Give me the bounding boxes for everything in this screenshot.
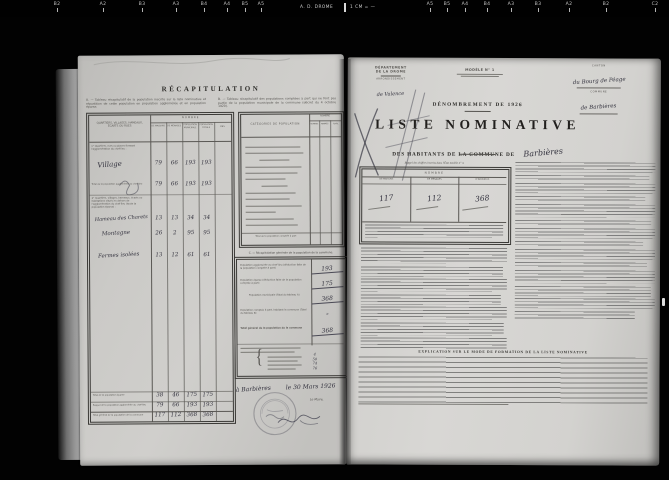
film-speck xyxy=(662,298,665,306)
value: 2 xyxy=(167,230,183,237)
value: 79 xyxy=(152,402,168,409)
brace-glyph: { xyxy=(256,347,263,370)
value: 368 xyxy=(200,412,216,419)
value: 193 xyxy=(200,402,216,409)
value: 79 xyxy=(150,160,166,167)
ruler-label: B2 xyxy=(49,2,65,12)
table-b-header: CATÉGORIES DE POPULATION xyxy=(245,122,305,125)
value: 193 xyxy=(182,181,198,188)
table-b-categories: CATÉGORIES DE POPULATION NOMBRE HOMMES F… xyxy=(240,113,343,246)
ruler-label: A5 xyxy=(422,2,438,12)
recapitulation-title: RÉCAPITULATION xyxy=(78,84,344,94)
recap-value: 193 xyxy=(311,264,344,274)
table-a-header-left: QUARTIERS, VILLAGES, HAMEAUX, ÉCARTS OU … xyxy=(92,121,147,128)
rule xyxy=(580,113,618,114)
modele-block: MODÈLE N° 1 xyxy=(448,68,512,78)
value: 61 xyxy=(199,252,215,259)
ruler-label: B3 xyxy=(134,2,150,12)
rule xyxy=(577,87,621,88)
nombre-box: NOMBRE DE MAISONS DE MÉNAGES D'INDIVIDUS… xyxy=(361,168,509,243)
annex-value: 76 xyxy=(313,366,318,370)
modele-note-line xyxy=(457,74,503,75)
section-2-label: 2° Quartiers, villages, hameaux, écarts … xyxy=(92,197,148,209)
rule xyxy=(459,154,495,155)
subtitle-row: DES HABITANTS DE LA COMMUNE DE Barbières xyxy=(351,140,603,160)
nombre-value-individus: 368 xyxy=(458,192,507,206)
table-a-localities: QUARTIERS, VILLAGES, HAMEAUX, ÉCARTS OU … xyxy=(88,114,234,423)
nombre-group-header: NOMBRE xyxy=(362,171,506,175)
ruler-label: B4 xyxy=(479,2,495,12)
table-a-subheader: DE MÉNAGES xyxy=(166,125,182,128)
table-a-subheader: POPULATION MUNICIPALE xyxy=(182,124,198,129)
value: 34 xyxy=(199,215,215,222)
table-a-subheader: OBS. xyxy=(214,126,231,129)
arrondissement-label: ARRONDISSEMENT xyxy=(354,77,428,80)
value: 46 xyxy=(168,392,184,399)
signer-label: Le Maire, xyxy=(310,397,324,401)
table-a-group-header: NOMBRE xyxy=(150,116,231,119)
note-a: A. — Tableau récapitulatif de la populat… xyxy=(86,98,206,110)
explication-last-line xyxy=(358,403,508,405)
note-b: B. — Tableau récapitulatif des populatio… xyxy=(218,97,336,109)
ruler-label: A3 xyxy=(503,2,519,12)
left-column-fine-print xyxy=(361,247,507,350)
table-row-montagne: Montagne 26 2 95 95 xyxy=(90,230,232,241)
section-1-label: 1° Quartiers, rues ou places formant l'a… xyxy=(91,145,147,151)
nombre-subheader: DE MAISONS xyxy=(362,178,410,181)
explication-title: EXPLICATION SUR LE MODE DE FORMATION DE … xyxy=(347,349,660,354)
table-b-subheader: FEMMES xyxy=(319,123,330,126)
explication-paragraph-lines xyxy=(358,356,647,403)
ruler-label: B5 xyxy=(237,2,253,12)
value: 66 xyxy=(168,402,184,409)
value: 368 xyxy=(184,412,200,419)
table-row-total-agglo: Total de la population agglomérée au che… xyxy=(90,181,232,192)
denombrement-title: DÉNOMBREMENT DE 1926 xyxy=(352,101,604,108)
section-c-title: C. — Récapitulation générale de la popul… xyxy=(237,251,345,255)
rule xyxy=(465,110,491,111)
table-a-subheader: POPULATION TOTALE xyxy=(198,124,214,129)
value: 13 xyxy=(151,252,167,259)
ruler-label: B2 xyxy=(598,2,614,12)
value: 95 xyxy=(183,230,199,237)
pen-hash-mark xyxy=(381,85,433,181)
mayor-signature xyxy=(276,414,326,430)
locality-name: Hameau des Charets xyxy=(95,214,148,223)
recap-row-label: Total général de la population de la com… xyxy=(240,327,308,330)
value: 112 xyxy=(168,412,184,419)
ruler-label: A2 xyxy=(95,2,111,12)
table-b-subheader: TOTAL xyxy=(330,123,341,126)
value: 13 xyxy=(151,215,167,222)
canton-label: CANTON xyxy=(556,64,642,67)
archive-name-label: A. D. DROME xyxy=(300,5,333,10)
locality-name: Village xyxy=(97,160,122,170)
box-footnote-lines xyxy=(365,224,503,238)
value: 34 xyxy=(183,215,199,222)
value: 117 xyxy=(152,412,168,419)
right-page: DÉPARTEMENT DE LA DROME ARRONDISSEMENT d… xyxy=(346,57,661,465)
ruler-label: A4 xyxy=(457,2,473,12)
locality-name: Montagne xyxy=(102,230,131,238)
value: 66 xyxy=(166,160,182,167)
modele-label: MODÈLE N° 1 xyxy=(448,68,512,72)
table-b-subheader: HOMMES xyxy=(309,123,319,126)
table-b-total-label: Total de la population comptée à part xyxy=(244,235,308,238)
ruler-label: B5 xyxy=(439,2,455,12)
left-page: RÉCAPITULATION A. — Tableau récapitulati… xyxy=(78,54,346,466)
value: 12 xyxy=(167,252,183,259)
recap-value: 175 xyxy=(311,279,344,289)
ruler-tick-bar xyxy=(344,3,346,12)
nombre-subheader: DE MÉNAGES xyxy=(410,179,458,182)
value: 26 xyxy=(151,230,167,237)
ruler-label: A3 xyxy=(168,2,184,12)
ruler-label: B4 xyxy=(196,2,212,12)
value: 79 xyxy=(150,181,166,188)
recap-value: 368 xyxy=(311,326,344,336)
value: 95 xyxy=(199,230,215,237)
recap-row-label: Population comptée à part, habitant la c… xyxy=(240,309,308,315)
nombre-subheader: D'INDIVIDUS xyxy=(458,179,506,182)
row-label: Total général de la population de la com… xyxy=(93,414,149,417)
nombre-value-menages: 112 xyxy=(410,191,459,205)
ruler-label: A2 xyxy=(561,2,577,12)
annex-value: 50 xyxy=(313,357,318,361)
microfilm-scan: B2 A2 B3 A3 B4 A4 B5 A5 A. D. DROME 1 CM… xyxy=(0,0,669,480)
value: 13 xyxy=(167,215,183,222)
rule xyxy=(381,75,401,76)
value: 38 xyxy=(152,392,168,399)
row-label: Total de la population éparse xyxy=(93,394,149,397)
ruler-label: A5 xyxy=(253,2,269,12)
table-row-total-general: Total général de la population de la com… xyxy=(91,412,233,423)
recap-value: 368 xyxy=(311,294,344,304)
value: 61 xyxy=(183,252,199,259)
nombre-value-maisons: 117 xyxy=(362,191,411,205)
ruler-label: C2 xyxy=(647,2,663,12)
value: 175 xyxy=(200,392,216,399)
annex-value: 4 xyxy=(314,352,316,356)
film-ruler-strip: B2 A2 B3 A3 B4 A4 B5 A5 A. D. DROME 1 CM… xyxy=(0,0,669,17)
subtitle-text: DES HABITANTS DE LA COMMUNE DE xyxy=(392,152,515,159)
commune-label: COMMUNE xyxy=(556,90,642,93)
canton-handwritten: du Bourg de Péage xyxy=(572,77,625,86)
value: 193 xyxy=(182,160,198,167)
row-label: Rappel de la population agglomérée au ch… xyxy=(93,404,149,407)
commune-name-handwritten: Barbières xyxy=(523,147,563,159)
recap-row-label: Population municipale (Total du tableau … xyxy=(243,294,305,297)
recap-value: » xyxy=(311,312,343,317)
value: 193 xyxy=(198,181,214,188)
annex-value: 74 xyxy=(313,361,318,365)
heading-block: DÉNOMBREMENT DE 1926 LISTE NOMINATIVE DE… xyxy=(352,57,604,58)
rappel-note: Rappel des chiffres inscrits dans l'État… xyxy=(361,160,507,165)
recap-row-label: Population agglomérée au chef-lieu (dédu… xyxy=(240,264,308,270)
row-label: Total de la population agglomérée au che… xyxy=(92,183,148,186)
table-row-hameau: Hameau des Charets 13 13 34 34 xyxy=(90,215,232,226)
liste-nominative-title: LISTE NOMINATIVE xyxy=(352,116,604,133)
ruler-label: A4 xyxy=(219,2,235,12)
right-column-fine-print xyxy=(515,162,656,319)
scale-label: 1 CM = — xyxy=(350,5,375,10)
locality-name: Fermes isolées xyxy=(98,251,140,259)
modele-note-line xyxy=(461,76,499,77)
value: 66 xyxy=(166,181,182,188)
table-row-village: Village 79 66 193 193 xyxy=(89,160,231,171)
value: 193 xyxy=(198,160,214,167)
value: 193 xyxy=(184,402,200,409)
departement-name: DE LA DROME xyxy=(354,69,428,73)
table-a-subheader: DE MAISONS xyxy=(150,125,166,128)
recap-row-label: Population éparse (déduction faite de la… xyxy=(240,279,308,285)
value: 175 xyxy=(184,392,200,399)
ruler-label: B3 xyxy=(530,2,546,12)
table-b-group-header: NOMBRE xyxy=(309,115,341,118)
table-row-fermes: Fermes isolées 13 12 61 61 xyxy=(90,252,232,263)
section-c-table: Population agglomérée au chef-lieu (dédu… xyxy=(236,258,347,377)
ghost-writing-mark xyxy=(92,56,292,69)
